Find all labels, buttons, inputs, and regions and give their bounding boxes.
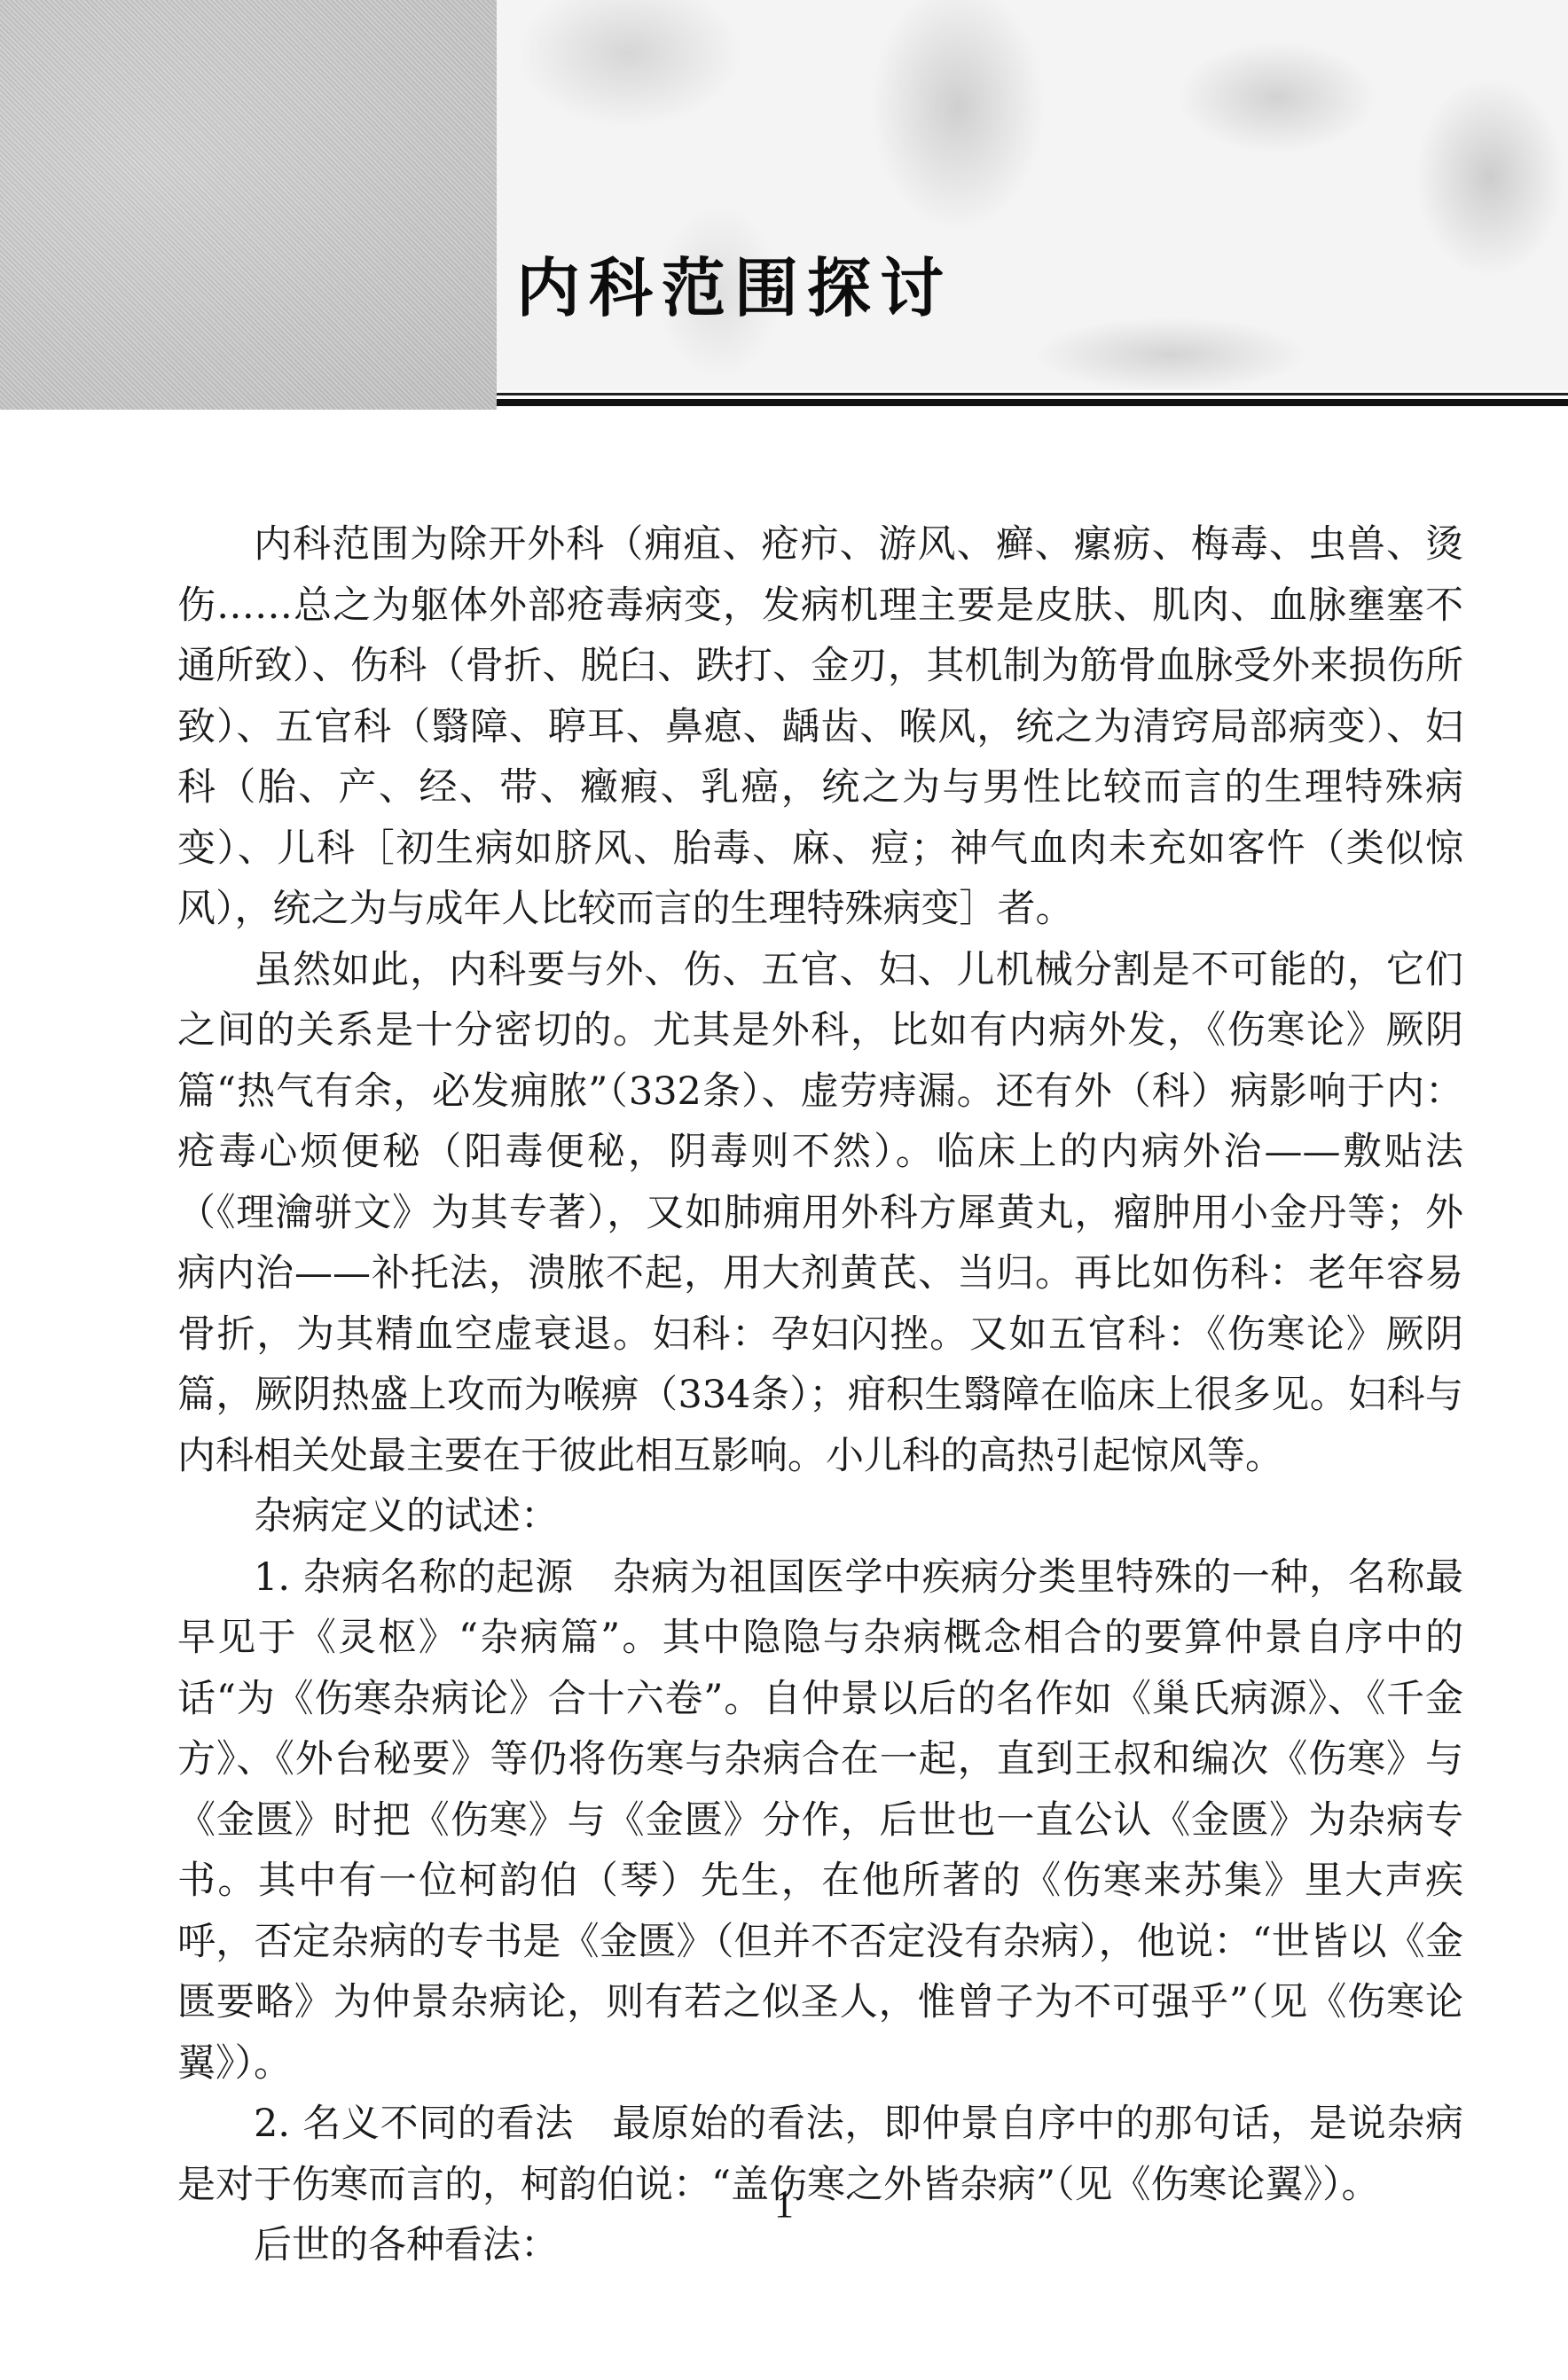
header-rule-thick bbox=[497, 399, 1568, 406]
paragraph-interrelation: 虽然如此，内科要与外、伤、五官、妇、儿机械分割是不可能的，它们之间的关系是十分密… bbox=[177, 940, 1463, 1487]
paragraph-scope-definition: 内科范围为除开外科（痈疽、疮疖、游风、癣、瘰疬、梅毒、虫兽、烫伤……总之为躯体外… bbox=[177, 514, 1463, 940]
body-text: 内科范围为除开外科（痈疽、疮疖、游风、癣、瘰疬、梅毒、虫兽、烫伤……总之为躯体外… bbox=[177, 514, 1463, 2276]
chapter-header: 内科范围探讨 bbox=[0, 0, 1568, 410]
paragraph-origin-of-name: 1. 杂病名称的起源 杂病为祖国医学中疾病分类里特殊的一种，名称最早见于《灵枢》… bbox=[177, 1547, 1463, 2094]
chapter-title: 内科范围探讨 bbox=[516, 248, 953, 328]
page-number: 1 bbox=[0, 2181, 1568, 2227]
paragraph-definition-intro: 杂病定义的试述： bbox=[177, 1486, 1463, 1547]
header-rule-thin bbox=[497, 393, 1568, 395]
header-decorative-artwork bbox=[497, 0, 1568, 390]
header-gray-panel bbox=[0, 0, 497, 410]
